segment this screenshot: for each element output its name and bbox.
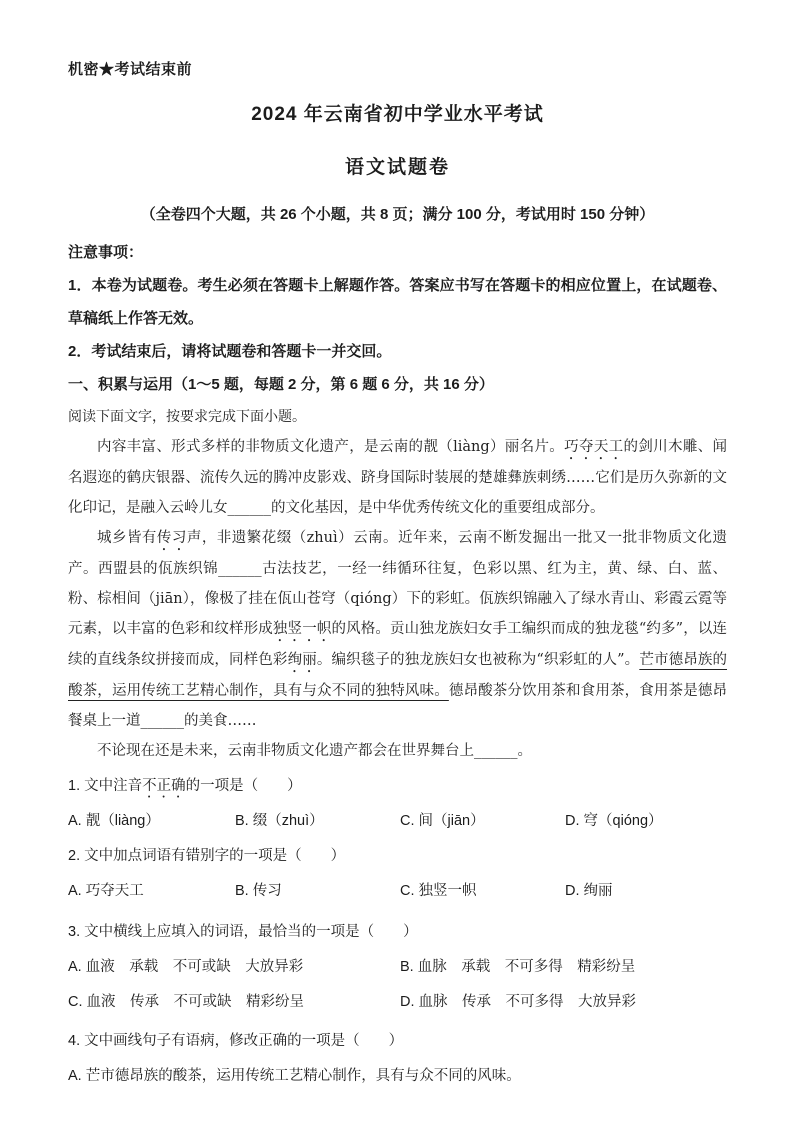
section-one-heading: 一、积累与运用（1～5 题，每题 2 分，第 6 题 6 分，共 16 分） xyxy=(68,368,727,401)
blank-line-4: ______ xyxy=(474,743,518,759)
blank-line-1: ______ xyxy=(228,500,272,516)
dotted-term-xuanli: 绚丽 xyxy=(288,652,317,668)
security-classification-label: 机密★考试结束前 xyxy=(68,58,727,79)
question-3-option-a: A. 血液 承载 不可或缺 大放异彩 xyxy=(68,953,400,982)
dotted-term-qiaoduotiangong: 巧夺天工 xyxy=(564,439,623,455)
passage-text: 。编织毯子的独龙族妇女也被称为“织彩虹的人”。 xyxy=(317,652,639,668)
passage-paragraph-3: 不论现在还是未来，云南非物质文化遗产都会在世界舞台上______。 xyxy=(68,736,727,766)
passage-text: 内容丰富、形式多样的非物质文化遗产，是云南的靓（liàng）丽名片。 xyxy=(97,439,564,455)
question-1-options: A. 靓（liàng） B. 缀（zhuì） C. 间（jiān） D. 穹（q… xyxy=(68,807,727,836)
question-2-option-c: C. 独竖一帜 xyxy=(400,877,565,906)
exam-title: 2024 年云南省初中学业水平考试 xyxy=(68,99,727,126)
question-4-option-a: A. 芒市德昂族的酸茶，运用传统工艺精心制作，具有与众不同的风味。 xyxy=(68,1062,727,1091)
passage-paragraph-2: 城乡皆有传习声，非遗繁花缀（zhuì）云南。近年来，云南不断发掘出一批又一批非物… xyxy=(68,523,727,736)
notice-item-1: 1．本卷为试题卷。考生必须在答题卡上解题作答。答案应书写在答题卡的相应位置上，在… xyxy=(68,269,727,335)
question-2-option-b: B. 传习 xyxy=(235,877,400,906)
passage-text: 的美食…… xyxy=(184,713,257,729)
notices-block: 注意事项： 1．本卷为试题卷。考生必须在答题卡上解题作答。答案应书写在答题卡的相… xyxy=(68,236,727,401)
blank-line-2: ______ xyxy=(218,561,262,577)
question-2-option-d: D. 绚丽 xyxy=(565,877,727,906)
notices-heading: 注意事项： xyxy=(68,236,727,269)
question-1-dotted-term: 不正确 xyxy=(142,778,186,794)
question-3-options-row-1: A. 血液 承载 不可或缺 大放异彩 B. 血脉 承载 不可多得 精彩纷呈 xyxy=(68,953,727,982)
question-1-option-a: A. 靓（liàng） xyxy=(68,807,235,836)
question-1-option-c: C. 间（jiān） xyxy=(400,807,565,836)
paper-subject-title: 语文试题卷 xyxy=(68,152,727,179)
passage-text: 。 xyxy=(518,743,533,759)
question-1-option-d: D. 穹（qióng） xyxy=(565,807,727,836)
question-4-stem: 4. 文中画线句子有语病，修改正确的一项是（ ） xyxy=(68,1027,727,1056)
dotted-term-dushuyizhi: 独竖一帜 xyxy=(273,621,332,637)
question-2-stem: 2. 文中加点词语有错别字的一项是（ ） xyxy=(68,842,727,871)
question-3-stem: 3. 文中横线上应填入的词语，最恰当的一项是（ ） xyxy=(68,918,727,947)
passage-text: 不论现在还是未来，云南非物质文化遗产都会在世界舞台上 xyxy=(97,743,474,759)
exam-paper-page: 机密★考试结束前 2024 年云南省初中学业水平考试 语文试题卷 （全卷四个大题… xyxy=(0,0,793,1122)
passage-text: 的文化基因，是中华优秀传统文化的重要组成部分。 xyxy=(271,500,605,516)
question-3-option-c: C. 血液 传承 不可或缺 精彩纷呈 xyxy=(68,988,400,1017)
passage-text: 城乡皆有 xyxy=(97,530,157,546)
passage-instruction: 阅读下面文字，按要求完成下面小题。 xyxy=(68,402,727,430)
question-2-option-a: A. 巧夺天工 xyxy=(68,877,235,906)
question-1-stem: 1. 文中注音不正确的一项是（ ） xyxy=(68,772,727,801)
questions-block: 1. 文中注音不正确的一项是（ ） A. 靓（liàng） B. 缀（zhuì）… xyxy=(68,772,727,1091)
question-1-stem-text: 的一项是（ ） xyxy=(186,778,302,794)
question-2-options: A. 巧夺天工 B. 传习 C. 独竖一帜 D. 绚丽 xyxy=(68,877,727,906)
question-1-option-b: B. 缀（zhuì） xyxy=(235,807,400,836)
question-3-option-d: D. 血脉 传承 不可多得 大放异彩 xyxy=(400,988,727,1017)
passage-paragraph-1: 内容丰富、形式多样的非物质文化遗产，是云南的靓（liàng）丽名片。巧夺天工的剑… xyxy=(68,432,727,523)
dotted-term-chuanxi: 传习 xyxy=(157,530,187,546)
question-3-option-b: B. 血脉 承载 不可多得 精彩纷呈 xyxy=(400,953,727,982)
question-3-options-row-2: C. 血液 传承 不可或缺 精彩纷呈 D. 血脉 传承 不可多得 大放异彩 xyxy=(68,988,727,1017)
blank-line-3: ______ xyxy=(141,713,185,729)
reading-passage: 内容丰富、形式多样的非物质文化遗产，是云南的靓（liàng）丽名片。巧夺天工的剑… xyxy=(68,432,727,766)
notice-item-2: 2．考试结束后，请将试题卷和答题卡一并交回。 xyxy=(68,335,727,368)
paper-info-line: （全卷四个大题，共 26 个小题，共 8 页；满分 100 分，考试用时 150… xyxy=(68,203,727,224)
question-1-stem-text: 1. 文中注音 xyxy=(68,778,142,794)
